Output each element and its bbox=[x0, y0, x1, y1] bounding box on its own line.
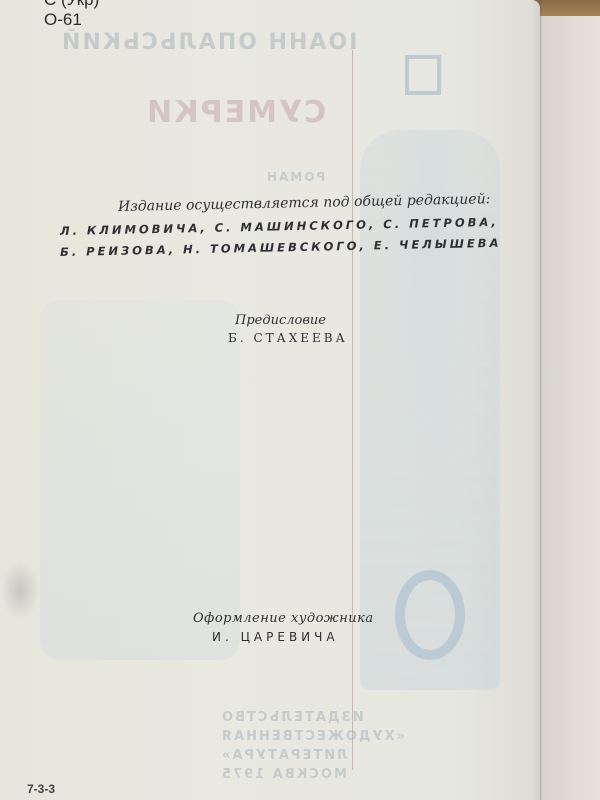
facing-page-edge bbox=[540, 16, 600, 800]
author-mark: О-61 bbox=[44, 10, 99, 30]
bleed-through-rule bbox=[352, 50, 353, 770]
publisher-logo-bleed bbox=[405, 55, 441, 95]
bleed-publisher-line: «ХУДОЖЕСТВЕННАЯ bbox=[220, 727, 405, 746]
bleed-publisher: ИЗДАТЕЛЬСТВО «ХУДОЖЕСТВЕННАЯ ЛИТЕРАТУРА»… bbox=[220, 708, 405, 784]
foreword-author: Б. СТАХЕЕВА bbox=[228, 331, 348, 345]
catalog-marks: С (Укр) О-61 bbox=[44, 0, 99, 30]
bleed-genre: РОМАН bbox=[265, 170, 325, 184]
bleed-publisher-line: ИЗДАТЕЛЬСТВО bbox=[220, 708, 405, 727]
foreword-label: Предисловие bbox=[235, 313, 326, 328]
bleed-publisher-line: МОСКВА 1975 bbox=[220, 765, 405, 784]
gutter-shadow bbox=[532, 0, 542, 800]
bleed-through-illustration-left bbox=[40, 300, 240, 660]
bleed-author: ІОАНН ОПАЛЬСЬКИЙ bbox=[60, 30, 357, 55]
print-code: 7-3-3 bbox=[27, 782, 55, 796]
bleed-publisher-line: ЛИТЕРАТУРА» bbox=[220, 746, 405, 765]
bleed-through-wheel bbox=[395, 570, 465, 660]
book-page: ІОАНН ОПАЛЬСЬКИЙ СУМЕРКИ РОМАН ИЗДАТЕЛЬС… bbox=[0, 0, 540, 800]
classification-mark: С (Укр) bbox=[44, 0, 99, 10]
designer-name: И. ЦАРЕВИЧА bbox=[212, 630, 339, 644]
design-label: Оформление художника bbox=[193, 611, 374, 626]
bleed-title: СУМЕРКИ bbox=[145, 95, 326, 130]
page-smudge bbox=[0, 560, 40, 620]
